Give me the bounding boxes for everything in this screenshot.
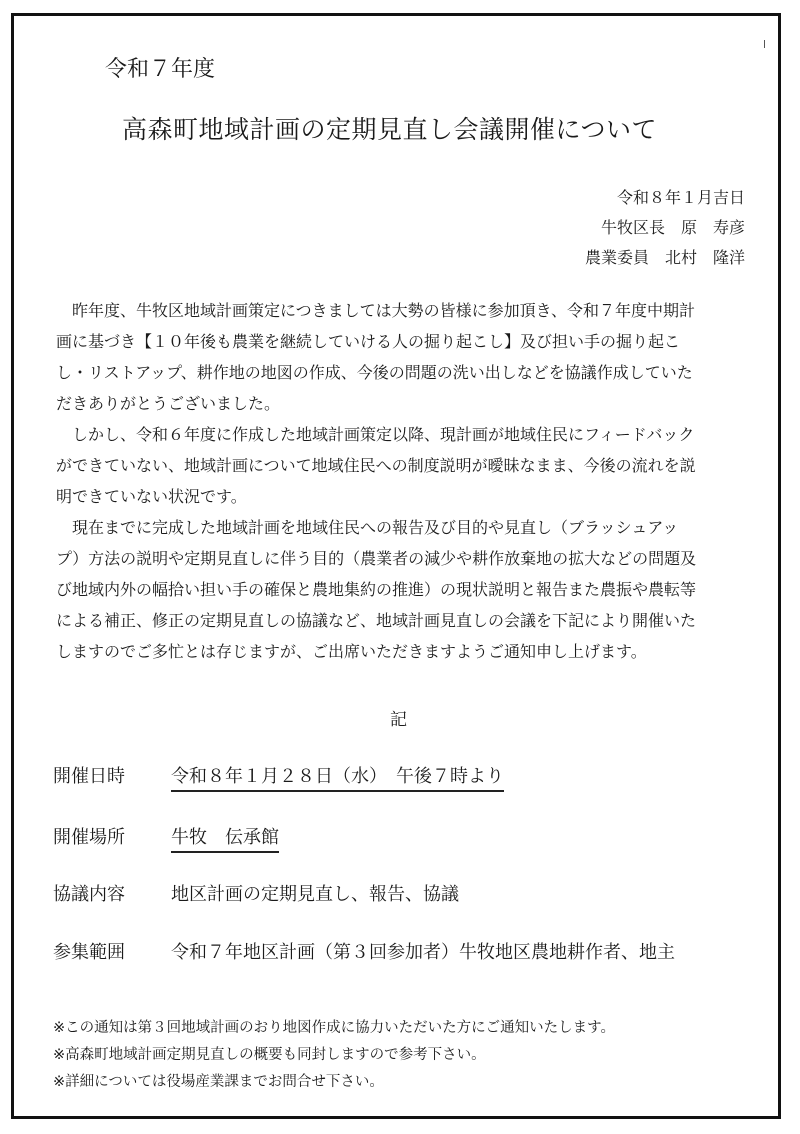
body-text: 昨年度、牛牧区地域計画策定につきましては大勢の皆様に参加頂き、令和７年度中期計 … — [56, 295, 756, 667]
fiscal-year: 令和７年度 — [105, 52, 215, 83]
detail-row-agenda: 協議内容地区計画の定期見直し、報告、協議 — [53, 880, 459, 906]
detail-row-datetime: 開催日時令和８年１月２８日（水） 午後７時より — [53, 762, 504, 788]
detail-label: 開催日時 — [53, 762, 171, 788]
detail-label: 協議内容 — [53, 880, 171, 906]
sender-district-head: 牛牧区長 原 寿彦 — [601, 215, 745, 238]
body-line: し・リストアップ、耕作地の地図の作成、今後の問題の洗い出しなどを協議作成していた — [56, 357, 756, 388]
body-line: プ）方法の説明や定期見直しに伴う目的（農業者の減少や耕作放棄地の拡大などの問題及 — [56, 543, 756, 574]
body-line: 画に基づき【１０年後も農業を継続していける人の掘り起こし】及び担い手の掘り起こ — [56, 326, 756, 357]
body-line: 現在までに完成した地域計画を地域住民への報告及び目的や見直し（ブラッシュアッ — [56, 512, 756, 543]
record-heading: 記 — [390, 705, 407, 730]
body-line: による補正、修正の定期見直しの協議など、地域計画見直しの会議を下記により開催いた — [56, 605, 756, 636]
detail-value: 令和８年１月２８日（水） 午後７時より — [171, 766, 504, 792]
footnote: ※高森町地域計画定期見直しの概要も同封しますので参考下さい。 — [53, 1042, 615, 1069]
body-line: 昨年度、牛牧区地域計画策定につきましては大勢の皆様に参加頂き、令和７年度中期計 — [56, 295, 756, 326]
detail-row-venue: 開催場所牛牧 伝承館 — [53, 823, 279, 849]
detail-value: 牛牧 伝承館 — [171, 827, 279, 853]
body-line: しますのでご多忙とは存じますが、ご出席いただきますようご通知申し上げます。 — [56, 636, 756, 667]
detail-value: 令和７年地区計画（第３回参加者）牛牧地区農地耕作者、地主 — [171, 942, 675, 963]
detail-row-attendees: 参集範囲令和７年地区計画（第３回参加者）牛牧地区農地耕作者、地主 — [53, 938, 675, 964]
sender-agri-committee: 農業委員 北村 隆洋 — [585, 245, 745, 268]
footnotes: ※この通知は第３回地域計画のおり地図作成に協力いただいた方にご通知いたします。 … — [53, 1015, 615, 1096]
scan-mark — [764, 40, 765, 48]
body-line: ができていない、地域計画について地域住民への制度説明が曖昧なまま、今後の流れを説 — [56, 450, 756, 481]
detail-label: 参集範囲 — [53, 938, 171, 964]
body-line: だきありがとうございました。 — [56, 388, 756, 419]
detail-value: 地区計画の定期見直し、報告、協議 — [171, 884, 459, 905]
body-line: 明できていない状況です。 — [56, 481, 756, 512]
issue-date: 令和８年１月吉日 — [617, 185, 745, 208]
footnote: ※この通知は第３回地域計画のおり地図作成に協力いただいた方にご通知いたします。 — [53, 1015, 615, 1042]
body-line: び地域内外の幅拾い担い手の確保と農地集約の推進）の現状説明と報告また農振や農転等 — [56, 574, 756, 605]
document-title: 高森町地域計画の定期見直し会議開催について — [122, 110, 657, 146]
footnote: ※詳細については役場産業課までお問合せ下さい。 — [53, 1069, 615, 1096]
detail-label: 開催場所 — [53, 823, 171, 849]
body-line: しかし、令和６年度に作成した地域計画策定以降、現計画が地域住民にフィードバック — [56, 419, 756, 450]
